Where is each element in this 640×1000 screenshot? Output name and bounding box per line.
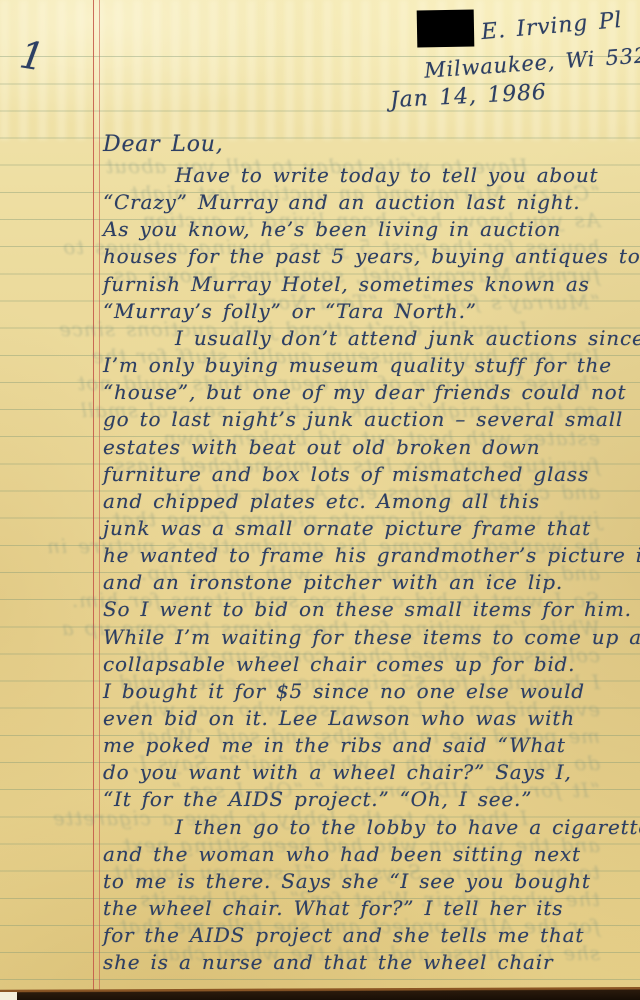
handwriting-line: I bought it for $5 since no one else wou…	[103, 679, 585, 703]
salutation: Dear Lou,	[103, 132, 224, 157]
red-margin-line	[93, 0, 100, 1000]
handwriting-line: and an ironstone pitcher with an ice lip…	[103, 570, 563, 594]
handwriting-line: I usually don’t attend junk auctions sin…	[103, 326, 640, 350]
handwriting-line: So I went to bid on these small items fo…	[103, 597, 632, 621]
handwriting-line: and chipped plates etc. Among all this	[103, 489, 540, 513]
handwriting-line: for the AIDS project and she tells me th…	[103, 923, 584, 947]
handwriting-line: the wheel chair. What for?” I tell her i…	[103, 896, 563, 920]
handwriting-line: furniture and box lots of mismatched gla…	[103, 462, 589, 486]
handwriting-line: she is a nurse and that the wheel chair	[103, 950, 553, 974]
handwriting-line: “Murray’s folly” or “Tara North.”	[103, 299, 477, 323]
handwriting-line: collapsable wheel chair comes up for bid…	[103, 652, 575, 676]
redaction-box	[417, 10, 475, 48]
handwriting-line: While I’m waiting for these items to com…	[103, 625, 640, 649]
handwriting-line: estates with beat out old broken down	[103, 435, 540, 459]
handwriting-line: junk was a small ornate picture frame th…	[103, 516, 591, 540]
handwriting-line: me poked me in the ribs and said “What	[103, 733, 566, 757]
handwriting-line: furnish Murray Hotel, sometimes known as	[103, 272, 590, 296]
handwriting-line: Have to write today to tell you about	[103, 163, 598, 187]
handwriting-line: houses for the past 5 years, buying anti…	[103, 244, 640, 268]
handwriting-line: and the woman who had been sitting next	[103, 842, 581, 866]
handwriting-line: go to last night’s junk auction – severa…	[103, 407, 623, 431]
handwriting-line: to me is there. Says she “I see you boug…	[103, 869, 591, 893]
handwriting-line: even bid on it. Lee Lawson who was with	[103, 706, 575, 730]
handwriting-line: I’m only buying museum quality stuff for…	[103, 353, 612, 377]
scan-corner-sliver	[0, 992, 17, 1000]
handwriting-line: he wanted to frame his grandmother’s pic…	[103, 543, 640, 567]
scan-bottom-edge	[0, 987, 640, 1000]
letter-sheet: Have to write today to tell you about“Cr…	[0, 0, 640, 1000]
handwriting-line: “Crazy” Murray and an auction last night…	[103, 190, 580, 214]
handwriting-line: “It for the AIDS project.” “Oh, I see.”	[103, 787, 532, 811]
handwriting-line: “house”, but one of my dear friends coul…	[103, 380, 626, 404]
handwriting-line: As you know, he’s been living in auction	[103, 217, 561, 241]
handwriting-line: I then go to the lobby to have a cigaret…	[103, 815, 640, 839]
handwriting-line: do you want with a wheel chair?” Says I,	[103, 760, 572, 784]
